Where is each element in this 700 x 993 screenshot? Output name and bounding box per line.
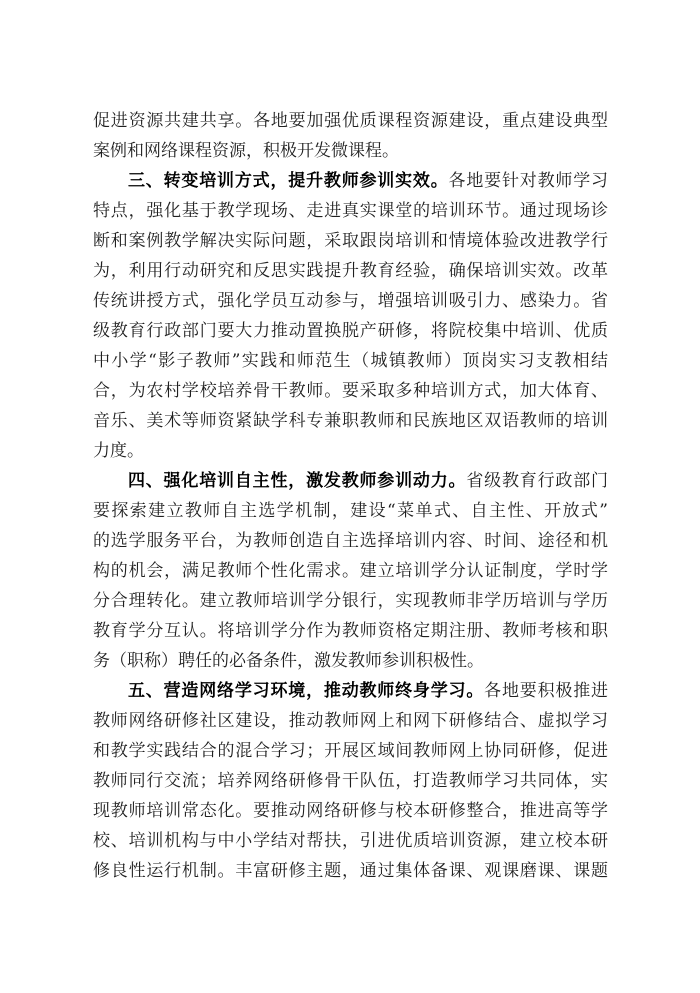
body-text-run: 断和案例教学解决实际问题，采取跟岗培训和情境体验改进教学行 <box>93 231 608 251</box>
document-body: 促进资源共建共享。各地要加强优质课程资源建设，重点建设典型案例和网络课程资源，积… <box>93 106 608 886</box>
body-text-run: 省级教育行政部门 <box>466 471 608 491</box>
body-text-run: 修良性运行机制。丰富研修主题，通过集体备课、观课磨课、课题 <box>93 861 608 881</box>
text-line: 教育学分互认。将培训学分作为教师资格定期注册、教师考核和职 <box>93 616 608 646</box>
body-text-run: 现教师培训常态化。要推动网络研修与校本研修整合，推进高等学 <box>93 801 608 821</box>
text-line: 三、转变培训方式，提升教师参训实效。各地要针对教师学习 <box>93 166 608 196</box>
body-text-run: 各地要积极推进 <box>484 681 608 701</box>
body-text-run: 构的机会，满足教师个性化需求。建立培训学分认证制度，学时学 <box>93 561 608 581</box>
body-text-run: 要探索建立教师自主选学机制，建设“菜单式、自主性、开放式” <box>93 501 608 521</box>
body-text-run: 和教学实践结合的混合学习；开展区域间教师网上协同研修，促进 <box>93 741 608 761</box>
text-line: 修良性运行机制。丰富研修主题，通过集体备课、观课磨课、课题 <box>93 856 608 886</box>
section-heading-run: 五、营造网络学习环境，推动教师终身学习。 <box>128 681 484 701</box>
text-line: 要探索建立教师自主选学机制，建设“菜单式、自主性、开放式” <box>93 496 608 526</box>
body-text-run: 力度。 <box>93 441 144 461</box>
body-text-run: 教育学分互认。将培训学分作为教师资格定期注册、教师考核和职 <box>93 621 608 641</box>
body-text-run: 促进资源共建共享。各地要加强优质课程资源建设，重点建设典型 <box>93 111 608 131</box>
body-text-run: 务（职称）聘任的必备条件，激发教师参训积极性。 <box>93 651 484 671</box>
body-text-run: 传统讲授方式，强化学员互动参与，增强培训吸引力、感染力。省 <box>93 291 608 311</box>
text-line: 特点，强化基于教学现场、走进真实课堂的培训环节。通过现场诊 <box>93 196 608 226</box>
text-line: 五、营造网络学习环境，推动教师终身学习。各地要积极推进 <box>93 676 608 706</box>
body-text-run: 教师网络研修社区建设，推动教师网上和网下研修结合、虚拟学习 <box>93 711 608 731</box>
body-text-run: 的选学服务平台，为教师创造自主选择培训内容、时间、途径和机 <box>93 531 608 551</box>
body-text-run: 校、培训机构与中小学结对帮扶，引进优质培训资源，建立校本研 <box>93 831 608 851</box>
text-line: 教师网络研修社区建设，推动教师网上和网下研修结合、虚拟学习 <box>93 706 608 736</box>
text-line: 分合理转化。建立教师培训学分银行，实现教师非学历培训与学历 <box>93 586 608 616</box>
text-line: 务（职称）聘任的必备条件，激发教师参训积极性。 <box>93 646 608 676</box>
body-text-run: 特点，强化基于教学现场、走进真实课堂的培训环节。通过现场诊 <box>93 201 608 221</box>
text-line: 构的机会，满足教师个性化需求。建立培训学分认证制度，学时学 <box>93 556 608 586</box>
text-line: 合，为农村学校培养骨干教师。要采取多种培训方式，加大体育、 <box>93 376 608 406</box>
text-line: 现教师培训常态化。要推动网络研修与校本研修整合，推进高等学 <box>93 796 608 826</box>
body-text-run: 中小学“影子教师”实践和师范生（城镇教师）顶岗实习支教相结 <box>93 351 608 371</box>
body-text-run: 案例和网络课程资源，积极开发微课程。 <box>93 141 399 161</box>
section-heading-run: 四、强化培训自主性，激发教师参训动力。 <box>128 471 466 491</box>
text-line: 校、培训机构与中小学结对帮扶，引进优质培训资源，建立校本研 <box>93 826 608 856</box>
document-page: 促进资源共建共享。各地要加强优质课程资源建设，重点建设典型案例和网络课程资源，积… <box>0 0 700 993</box>
text-line: 级教育行政部门要大力推动置换脱产研修，将院校集中培训、优质 <box>93 316 608 346</box>
section-heading-run: 三、转变培训方式，提升教师参训实效。 <box>128 171 449 191</box>
text-line: 四、强化培训自主性，激发教师参训动力。省级教育行政部门 <box>93 466 608 496</box>
body-text-run: 分合理转化。建立教师培训学分银行，实现教师非学历培训与学历 <box>93 591 608 611</box>
body-text-run: 教师同行交流；培养网络研修骨干队伍，打造教师学习共同体，实 <box>93 771 608 791</box>
body-text-run: 音乐、美术等师资紧缺学科专兼职教师和民族地区双语教师的培训 <box>93 411 608 431</box>
body-text-run: 为，利用行动研究和反思实践提升教育经验，确保培训实效。改革 <box>93 261 608 281</box>
text-line: 促进资源共建共享。各地要加强优质课程资源建设，重点建设典型 <box>93 106 608 136</box>
text-line: 教师同行交流；培养网络研修骨干队伍，打造教师学习共同体，实 <box>93 766 608 796</box>
body-text-run: 各地要针对教师学习 <box>449 171 608 191</box>
text-line: 力度。 <box>93 436 608 466</box>
body-text-run: 合，为农村学校培养骨干教师。要采取多种培训方式，加大体育、 <box>93 381 608 401</box>
text-line: 音乐、美术等师资紧缺学科专兼职教师和民族地区双语教师的培训 <box>93 406 608 436</box>
text-line: 为，利用行动研究和反思实践提升教育经验，确保培训实效。改革 <box>93 256 608 286</box>
text-line: 和教学实践结合的混合学习；开展区域间教师网上协同研修，促进 <box>93 736 608 766</box>
text-line: 案例和网络课程资源，积极开发微课程。 <box>93 136 608 166</box>
text-line: 断和案例教学解决实际问题，采取跟岗培训和情境体验改进教学行 <box>93 226 608 256</box>
text-line: 中小学“影子教师”实践和师范生（城镇教师）顶岗实习支教相结 <box>93 346 608 376</box>
text-line: 的选学服务平台，为教师创造自主选择培训内容、时间、途径和机 <box>93 526 608 556</box>
text-line: 传统讲授方式，强化学员互动参与，增强培训吸引力、感染力。省 <box>93 286 608 316</box>
body-text-run: 级教育行政部门要大力推动置换脱产研修，将院校集中培训、优质 <box>93 321 608 341</box>
